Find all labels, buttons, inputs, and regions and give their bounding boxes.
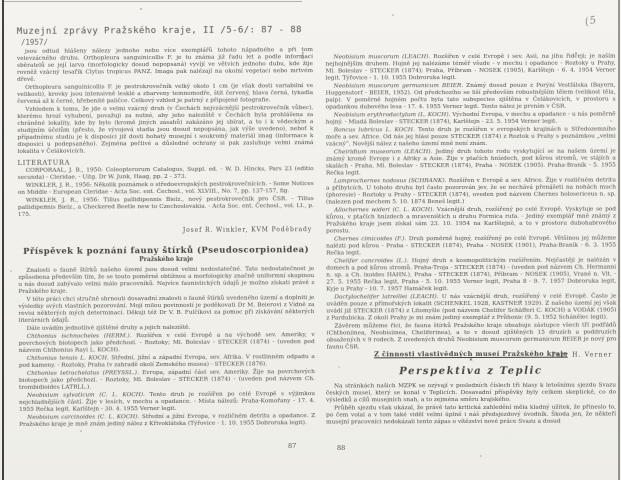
reference-entry: WINKLER, J. R., 1956: Několik poznámek o… xyxy=(18,181,314,197)
species-entry: Lamprochernes nodosus (SCHRANK). Rozšíře… xyxy=(326,177,616,206)
species-name: Chthonius tetrachelatus (PREYSSL.) xyxy=(27,370,137,377)
species-name: Chthonius tenuis L. KOCH xyxy=(27,355,107,361)
section-perspektiva: Z činnosti vlastivědných museí Pražského… xyxy=(326,349,616,427)
journal-citation-title: Muzejní zprávy Pražského kraje, II /5-6/… xyxy=(17,25,313,37)
section-paragraph: Na stránkách našich MZPK se ozývají v po… xyxy=(326,382,616,404)
scan-noise-specks xyxy=(140,8,142,10)
species-name: Chelifer cancroides (L.) xyxy=(334,258,406,264)
species-entry: Roncus lubricus L. KOCH. Tento druh je r… xyxy=(326,126,616,148)
species-entry: Neobisium muscorum germanicum BEIER. Zná… xyxy=(326,82,616,111)
species-entry: Chthonius ischnocheles (HERM.). Rozšířen… xyxy=(19,332,315,355)
species-entry: Cheiridium museorum (LEACH). Jediný druh… xyxy=(326,148,616,177)
species-name: Allochernes wideri (C. L. KOCH) xyxy=(334,207,432,213)
species-entry: Neobisium muscorum (LEACH). Rozšířen v c… xyxy=(325,53,615,82)
article-subheading-region: Pražského kraje xyxy=(18,255,314,264)
closing-paragraph: Závěrem můžeme říci, že fauna štírků Pra… xyxy=(326,322,616,351)
section-paragraph: Průběh sjezdu však ukázal, že právě tato… xyxy=(326,404,616,426)
beetle-paragraph: Vzhledem k tomu, že jde o velmi vzácný d… xyxy=(17,105,313,156)
scan-edge-top xyxy=(2,1,302,2)
reference-entry: CORPORAAL, J. B., 1950: Coleopterorum Ca… xyxy=(18,166,314,182)
species-name: Neobisium sylvaticum (C. L. KOCH) xyxy=(27,392,143,399)
species-entry: Chthonius tetrachelatus (PREYSSL.). Evro… xyxy=(19,369,315,392)
species-name: Neobisium muscorum germanicum BEIER xyxy=(334,83,462,89)
species-name: Dactylochelifer latreillei (LEACH) xyxy=(334,294,436,300)
species-name: Roncus lubricus L. KOCH xyxy=(334,127,413,133)
species-name: Neobisium carcinoides (C. L. KOCH) xyxy=(27,414,137,421)
beetle-paragraph: jsou odtud hlášeny nálezy jednoho nebo v… xyxy=(17,47,313,84)
species-entry: Neobisium erythrodactylum (L. KOCH). Výc… xyxy=(326,111,616,126)
section-separator: * xyxy=(326,359,616,364)
species-entry: Dactylochelifer latreillei (LEACH). U ná… xyxy=(326,293,616,322)
scanned-journal-spread: ! (5 Muzejní zprávy Pražského kraje, II … xyxy=(0,0,621,480)
species-entry: Chthonius tenuis L. KOCH. Střední, jižní… xyxy=(19,354,315,370)
species-name: Cheiridium museorum (LEACH) xyxy=(334,149,431,155)
page-number-88: 88 xyxy=(337,444,345,452)
page-87: Muzejní zprávy Pražského kraje, II /5-6/… xyxy=(17,25,315,430)
author-signature-winkler: Josef R. Winkler, KVM Poděbrady xyxy=(18,226,312,235)
species-entry: Allochernes wideri (C. L. KOCH). Vzácněj… xyxy=(326,206,616,235)
intro-paragraph: Znalosti o fauně štírků našeho území jso… xyxy=(18,266,314,296)
page-number-87: 87 xyxy=(288,442,296,450)
page-88: Neobisium muscorum (LEACH). Rozšířen v c… xyxy=(325,53,616,359)
species-entry: Chelifer cancroides (L.). Hojný druh s k… xyxy=(326,257,616,293)
species-name: Lamprochernes nodosus (SCHRANK) xyxy=(334,178,445,184)
intro-paragraph: V této práci chci stručně shrnouti dosav… xyxy=(18,295,314,325)
reference-entry: WINKLER, J. R., 1956: Tillus pallidipenn… xyxy=(18,196,314,219)
scan-edge-left xyxy=(2,0,4,480)
species-name: Chernes cimicoides (F.) xyxy=(334,236,404,242)
species-name: Neobisium erythrodactylum (L. KOCH) xyxy=(334,112,449,118)
species-entry: Neobisium sylvaticum (C. L. KOCH). Tento… xyxy=(19,391,315,414)
section-article-title: Perspektiva z Teplic xyxy=(326,365,616,377)
beetle-paragraph: Orthopleura sanguinicollis F. je pestrok… xyxy=(17,83,313,106)
species-entry: Chernes cimicoides (F.). Druh poměrně ho… xyxy=(326,235,616,257)
species-name: Chthonius ischnocheles (HERM.) xyxy=(27,333,130,340)
scan-edge-right xyxy=(618,0,620,480)
article-heading-stirci: Příspěvek k poznání fauny štírků (Pseudo… xyxy=(18,244,314,256)
pencil-corner-note: (5 xyxy=(584,15,598,28)
species-entry: Neobisium carcinoides (C. L. KOCH). Stře… xyxy=(19,413,315,429)
species-name: Neobisium muscorum (LEACH) xyxy=(333,54,428,60)
journal-citation-year: /1957/ xyxy=(21,36,313,47)
